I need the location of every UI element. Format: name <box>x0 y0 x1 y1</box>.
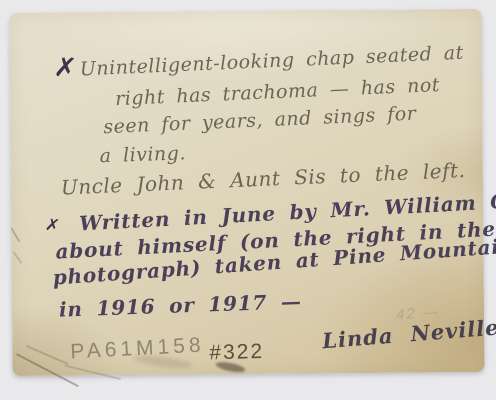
handwritten-line: a living. <box>99 142 186 167</box>
scan-background: ✗ Unintelligent-looking chap seated at r… <box>0 0 496 400</box>
x-mark-icon: ✗ <box>44 215 61 237</box>
x-mark-icon: ✗ <box>52 52 77 85</box>
handwritten-line: in 1916 or 1917 — <box>59 289 302 321</box>
archive-number: PA61M158 <box>70 334 205 365</box>
pencil-scratch <box>10 228 20 243</box>
photo-back-card: ✗ Unintelligent-looking chap seated at r… <box>9 9 484 376</box>
pencil-scratch <box>13 251 23 264</box>
pencil-scratch <box>16 353 79 387</box>
item-number: #322 <box>209 340 264 365</box>
pencil-scratch <box>64 365 121 380</box>
